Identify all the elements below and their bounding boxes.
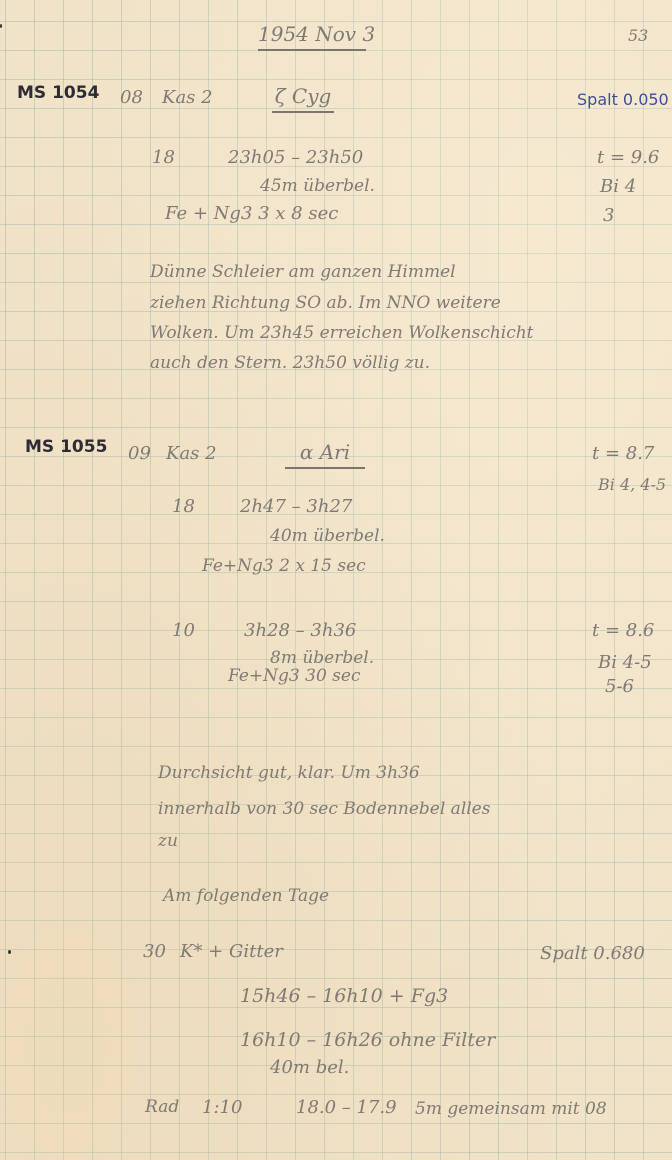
exposure-line: 16h10 – 16h26 ohne Filter: [240, 1029, 495, 1051]
camera-label: Kas 2: [166, 443, 217, 464]
plate-id: MS 1055: [25, 437, 107, 457]
remark-line: Wolken. Um 23h45 erreichen Wolkenschicht: [150, 323, 534, 343]
side-note: 5-6: [605, 676, 634, 697]
object-name: ζ Cyg: [272, 84, 334, 113]
side-note: Bi 4-5: [598, 652, 652, 673]
side-note: t = 8.6: [592, 620, 654, 641]
side-note: 3: [603, 205, 614, 226]
page-number: 53: [628, 26, 648, 45]
footer-label: Rad: [145, 1097, 179, 1117]
plate-number: 08: [120, 87, 143, 108]
exposure-line: 15h46 – 16h10 + Fg3: [240, 985, 448, 1007]
ink-mark: [8, 950, 11, 954]
exposure-count: 18: [172, 496, 195, 517]
footer-range: 18.0 – 17.9: [296, 1097, 397, 1118]
remark-line: Durchsicht gut, klar. Um 3h36: [158, 763, 420, 783]
remark-line: auch den Stern. 23h50 völlig zu.: [150, 353, 430, 373]
remark-line: ziehen Richtung SO ab. Im NNO weitere: [150, 293, 501, 313]
plate-id: MS 1054: [17, 83, 99, 103]
exposure-time-range: 3h28 – 3h36: [244, 620, 356, 641]
exposure-filter: Fe+Ng3 30 sec: [228, 666, 361, 686]
page-date: 1954 Nov 3: [258, 22, 366, 51]
exposure-duration: 45m überbel.: [260, 176, 375, 196]
following-day-heading: Am folgenden Tage: [163, 886, 329, 906]
plate-number: 09: [128, 443, 151, 464]
exposure-duration: 8m überbel.: [270, 648, 374, 668]
slit-setting: Spalt 0.680: [540, 943, 645, 964]
exposure-filter: Fe + Ng3 3 x 8 sec: [165, 203, 338, 224]
exposure-count: 10: [172, 620, 195, 641]
camera-label: Kas 2: [162, 87, 213, 108]
footer-note: 5m gemeinsam mit 08: [415, 1099, 607, 1119]
exposure-line: 40m bel.: [270, 1057, 349, 1078]
remark-line: zu: [158, 831, 178, 851]
remark-line: innerhalb von 30 sec Bodennebel alles: [158, 799, 490, 819]
exposure-count: 30: [143, 941, 166, 962]
footer-ratio: 1:10: [202, 1097, 242, 1118]
exposure-duration: 40m überbel.: [270, 526, 385, 546]
remark-line: Dünne Schleier am ganzen Himmel: [150, 262, 456, 282]
side-note: t = 8.7: [592, 443, 654, 464]
object-name: α Ari: [285, 440, 365, 469]
side-note: t = 9.6: [597, 147, 659, 168]
side-note: Bi 4: [600, 176, 636, 197]
object-name: K* + Gitter: [180, 941, 283, 962]
exposure-count: 18: [152, 147, 175, 168]
ink-mark: [0, 24, 2, 28]
exposure-time-range: 2h47 – 3h27: [240, 496, 352, 517]
slit-setting: Spalt 0.050: [577, 90, 669, 109]
exposure-filter: Fe+Ng3 2 x 15 sec: [202, 556, 366, 576]
exposure-time-range: 23h05 – 23h50: [228, 147, 363, 168]
side-note: Bi 4, 4-5: [598, 475, 666, 494]
